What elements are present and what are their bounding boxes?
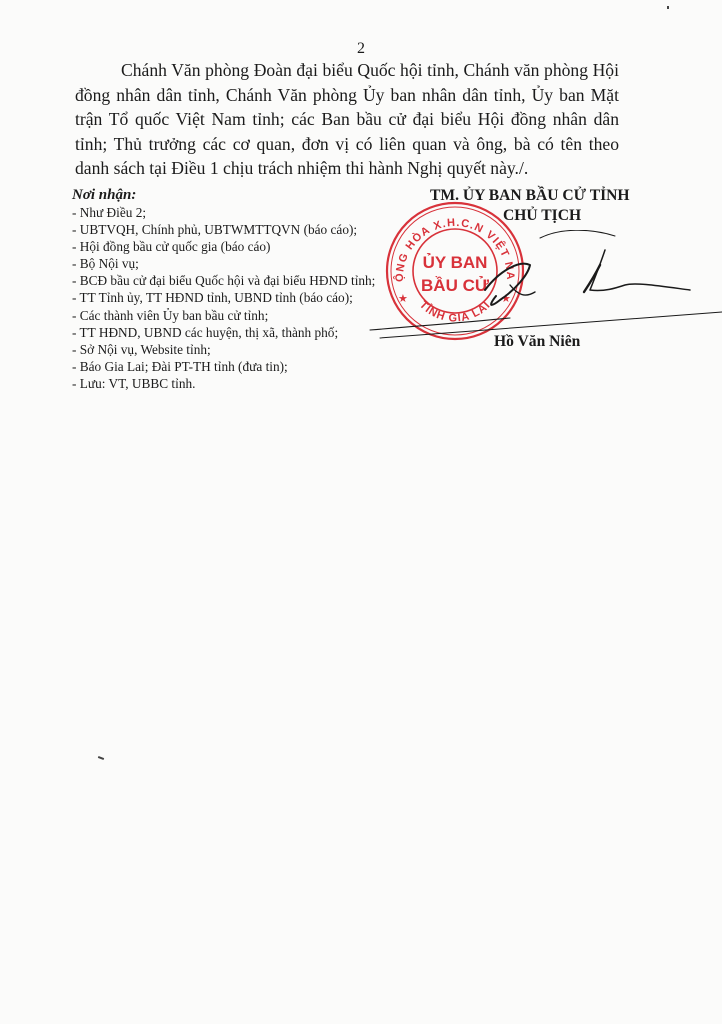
recipient-item: - Lưu: VT, UBBC tỉnh. xyxy=(72,375,375,392)
handwritten-signature xyxy=(360,230,722,350)
page-number: 2 xyxy=(0,40,722,58)
recipient-item: - Bộ Nội vụ; xyxy=(72,255,375,272)
body-paragraph: Chánh Văn phòng Đoàn đại biểu Quốc hội t… xyxy=(75,58,619,181)
recipients-title: Nơi nhận: xyxy=(72,187,375,204)
scan-speck xyxy=(98,756,104,760)
signer-name: Hồ Văn Niên xyxy=(494,333,580,351)
recipient-item: - TT Tỉnh ủy, TT HĐND tỉnh, UBND tỉnh (b… xyxy=(72,289,375,306)
recipient-item: - Như Điều 2; xyxy=(72,204,375,221)
recipient-item: - UBTVQH, Chính phủ, UBTWMTTQVN (báo cáo… xyxy=(72,221,375,238)
recipient-item: - Sở Nội vụ, Website tỉnh; xyxy=(72,341,375,358)
recipient-item: - Hội đồng bầu cử quốc gia (báo cáo) xyxy=(72,238,375,255)
recipient-item: - Báo Gia Lai; Đài PT-TH tỉnh (đưa tin); xyxy=(72,358,375,375)
scan-speck xyxy=(667,6,669,9)
recipients-list: Nơi nhận: - Như Điều 2; - UBTVQH, Chính … xyxy=(72,187,375,392)
recipient-item: - TT HĐND, UBND các huyện, thị xã, thành… xyxy=(72,324,375,341)
recipient-item: - Các thành viên Ủy ban bầu cử tỉnh; xyxy=(72,307,375,324)
recipient-item: - BCĐ bầu cử đại biểu Quốc hội và đại bi… xyxy=(72,272,375,289)
